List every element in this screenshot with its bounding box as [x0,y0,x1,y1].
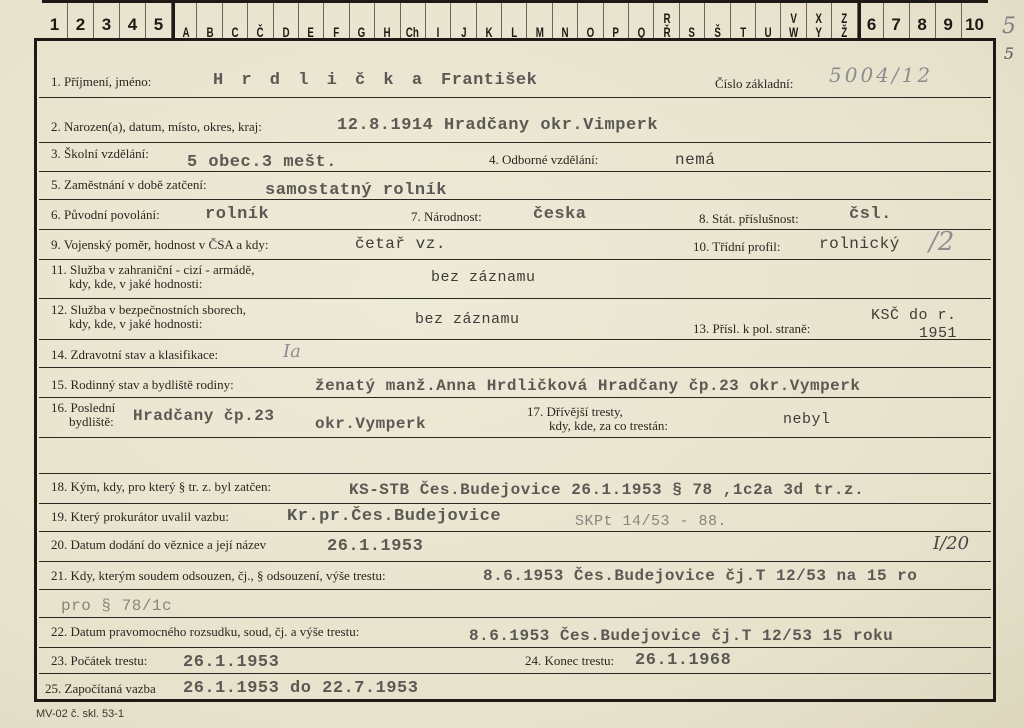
label-sentenced: 21. Kdy, kterým soudem odsouzen, čj., § … [51,568,386,584]
index-tab-letter: J [451,3,476,41]
rule [39,531,991,532]
rule [39,259,991,260]
value-citizenship: čsl. [849,205,892,224]
index-tab-letter: O [578,3,603,41]
index-tab-strip: 12345ABCČDEFGHChIJKLMNOPQRŘSŠTUVWXYZŽ678… [42,0,988,41]
value-base-number: 5004/12 [829,63,933,87]
rule [39,171,991,172]
index-tab-1: 1 [42,3,68,41]
value-birth: 12.8.1914 Hradčany okr.Vimperk [337,116,658,135]
index-tab-letter: M [527,3,552,41]
rule [39,298,991,299]
rule [39,647,991,648]
label-last-residence-1: 16. Poslední [51,401,115,415]
value-health: Ia [283,341,301,362]
label-foreign-army-1: 11. Služba v zahraniční - cizí - armádě, [51,263,254,277]
label-security-forces-1: 12. Služba v bezpečnostních sborech, [51,303,246,317]
index-tab-letter: L [502,3,527,41]
corner-handwritten-mark-2: 5 [1004,44,1014,63]
label-party-membership: 13. Přísl. k pol. straně: [693,321,810,337]
index-tab-10: 10 [962,3,988,41]
label-last-residence-2: bydliště: [69,415,114,429]
index-tab-8: 8 [910,3,936,41]
value-employment-at-arrest: samostatný rolník [265,181,447,200]
rule [39,97,991,98]
index-tab-letter: F [324,3,349,41]
value-professional-education: nemá [675,151,715,169]
index-tab-letter: P [604,3,629,41]
label-prior-sentences-1: 17. Dřívější tresty, [527,405,623,419]
index-tab-letter: T [731,3,756,41]
index-tab-letter: H [375,3,400,41]
value-school-education: 5 obec.3 mešt. [187,153,337,172]
value-security-forces: bez záznamu [415,311,520,328]
value-sentence-start: 26.1.1953 [183,653,279,672]
index-tab-letter: Č [248,3,273,41]
label-nationality: 7. Národnost: [411,209,482,225]
index-tab-9: 9 [936,3,962,41]
index-tab-5: 5 [146,3,172,41]
label-military-status: 9. Vojenský poměr, hodnost v ČSA a kdy: [51,237,268,253]
rule [39,142,991,143]
label-sentence-end: 24. Konec trestu: [525,653,614,669]
label-class-profile: 10. Třídní profil: [693,239,781,255]
value-last-residence-1: Hradčany čp.23 [133,407,274,425]
index-tab-letter: D [274,3,299,41]
index-tab-letter: I [426,3,451,41]
handwritten-class-note: /2 [929,227,954,257]
index-tab-letter: U [756,3,781,41]
index-tab-6: 6 [858,3,884,41]
label-prison-delivery: 20. Datum dodání do věznice a její název [51,537,266,553]
value-family-status: ženatý manž.Anna Hrdličková Hradčany čp.… [315,377,860,395]
value-first-name: František [441,71,537,90]
rule [39,437,991,438]
rule [39,199,991,200]
label-citizenship: 8. Stát. příslušnost: [699,211,799,227]
index-tab-letter: Q [629,3,654,41]
index-tab-letter: ZŽ [832,3,857,41]
index-tab-letter: A [172,3,197,41]
label-final-judgment: 22. Datum pravomocného rozsudku, soud, č… [51,624,359,640]
rule [39,617,991,618]
form-frame: 1. Příjmení, jméno: H r d l i č k a Fran… [34,38,996,702]
label-employment-at-arrest: 5. Zaměstnání v době zatčení: [51,177,207,193]
index-tab-letter: Ch [401,3,426,41]
value-arrested-by: KS-STB Čes.Budejovice 26.1.1953 § 78 ,1c… [349,481,864,499]
value-surname: H r d l i č k a [213,71,426,90]
prisoner-record-card: 12345ABCČDEFGHChIJKLMNOPQRŘSŠTUVWXYZŽ678… [0,0,1024,728]
value-class-profile: rolnický [819,235,900,253]
rule [39,503,991,504]
rule [39,367,991,368]
value-prison-delivery: 26.1.1953 [327,537,423,556]
label-family-status: 15. Rodinný stav a bydliště rodiny: [51,377,234,393]
value-last-residence-2: okr.Vymperk [315,415,426,433]
rule [39,397,991,398]
rule [39,229,991,230]
value-custody-counted: 26.1.1953 do 22.7.1953 [183,679,418,698]
index-tab-letter: VW [781,3,806,41]
index-tab-letter: E [299,3,324,41]
index-tab-letter: Š [705,3,730,41]
index-tab-letter: K [477,3,502,41]
rule [39,589,991,590]
handwritten-prison-ref: I/20 [933,533,969,554]
index-tab-letter: C [223,3,248,41]
value-sentence-end: 26.1.1968 [635,651,731,670]
value-military-status: četař vz. [355,235,446,253]
index-tab-letter: RŘ [654,3,679,41]
rule [39,473,991,474]
index-tab-4: 4 [120,3,146,41]
label-health: 14. Zdravotní stav a klasifikace: [51,347,218,363]
corner-handwritten-mark: 5 [1002,14,1016,39]
value-original-occupation: rolník [205,205,269,224]
label-arrested-by: 18. Kým, kdy, pro který § tr. z. byl zat… [51,479,271,495]
label-prior-sentences-2: kdy, kde, za co trestán: [549,419,668,433]
label-foreign-army-2: kdy, kde, v jaké hodnosti: [69,277,202,291]
label-professional-education: 4. Odborné vzdělání: [489,152,598,168]
label-base-number: Číslo základní: [715,76,793,92]
rule [39,339,991,340]
value-sentenced-line2: pro § 78/1c [61,597,172,615]
label-surname-name: 1. Příjmení, jméno: [51,74,151,90]
index-tab-letter: B [197,3,222,41]
form-code: MV-02 č. skl. 53-1 [36,708,124,720]
value-final-judgment: 8.6.1953 Čes.Budejovice čj.T 12/53 15 ro… [469,627,893,645]
index-tab-letter: S [680,3,705,41]
value-prior-sentences: nebyl [783,411,831,428]
index-tab-letter: XY [807,3,832,41]
index-tab-7: 7 [884,3,910,41]
label-prosecutor: 19. Který prokurátor uvalil vazbu: [51,509,229,525]
index-tab-letter: N [553,3,578,41]
rule [39,561,991,562]
value-prosecutor: Kr.pr.Čes.Budejovice [287,507,501,526]
value-foreign-army: bez záznamu [431,269,536,286]
label-original-occupation: 6. Původní povolání: [51,207,160,223]
value-prosecutor-ref: SKPt 14/53 - 88. [575,513,727,530]
label-sentence-start: 23. Počátek trestu: [51,653,147,669]
label-security-forces-2: kdy, kde, v jaké hodnosti: [69,317,202,331]
index-tab-2: 2 [68,3,94,41]
label-birth: 2. Narozen(a), datum, místo, okres, kraj… [51,119,262,135]
label-custody-counted: 25. Započítaná vazba [45,681,156,697]
value-sentenced: 8.6.1953 Čes.Budejovice čj.T 12/53 na 15… [483,567,917,585]
label-school-education: 3. Školní vzdělání: [51,146,149,162]
index-tab-letter: G [350,3,375,41]
rule [39,673,991,674]
value-party-membership-1: KSČ do r. [871,307,957,324]
index-tab-3: 3 [94,3,120,41]
value-nationality: česka [533,205,587,224]
